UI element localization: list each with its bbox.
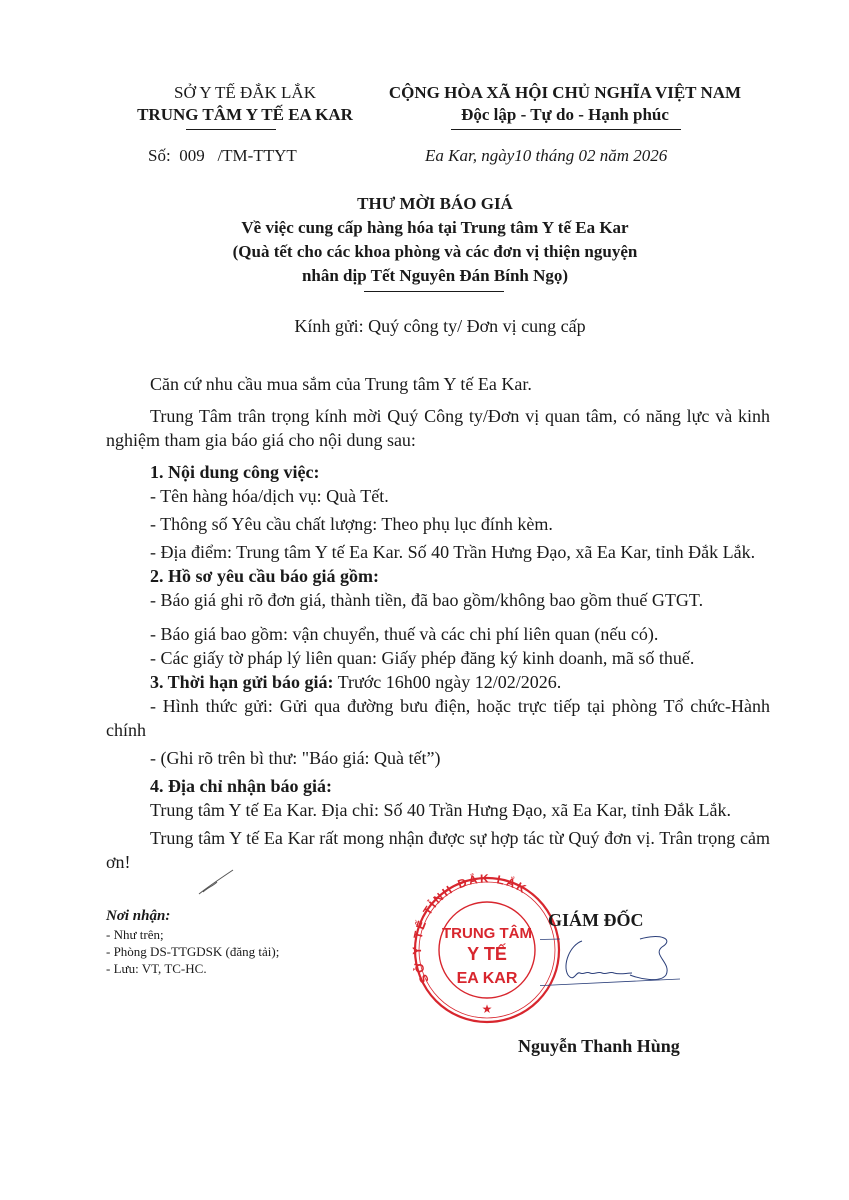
- parent-agency: SỞ Y TẾ ĐẮK LẮK: [95, 82, 395, 104]
- letter-body: Căn cứ nhu cầu mua sắm của Trung tâm Y t…: [106, 372, 770, 874]
- issuing-unit: TRUNG TÂM Y TẾ EA KAR: [95, 104, 395, 126]
- salutation: Kính gửi: Quý công ty/ Đơn vị cung cấp: [100, 316, 780, 337]
- doc-number-value: 009: [179, 146, 205, 165]
- list-item: - Thông số Yêu cầu chất lượng: Theo phụ …: [106, 512, 770, 536]
- document-subject-detail-1: (Quà tết cho các khoa phòng và các đơn v…: [100, 240, 770, 264]
- star-icon: ★: [482, 1002, 493, 1016]
- stamp-line-2: Y TẾ: [467, 943, 507, 964]
- list-item: - (Ghi rõ trên bì thư: "Báo giá: Quà tết…: [106, 746, 770, 770]
- document-number: Số: 009 /TM-TTYT: [148, 146, 297, 166]
- recipients-heading: Nơi nhận:: [106, 906, 279, 926]
- list-item: - Địa điểm: Trung tâm Y tế Ea Kar. Số 40…: [106, 540, 770, 564]
- deadline-value: Trước 16h00 ngày 12/02/2026.: [334, 672, 562, 692]
- header-right-underline: [451, 129, 681, 130]
- list-item: - Báo giá ghi rõ đơn giá, thành tiền, đã…: [106, 588, 770, 612]
- document-subject: Về việc cung cấp hàng hóa tại Trung tâm …: [100, 216, 770, 240]
- recipient-item: - Như trên;: [106, 926, 279, 943]
- title-underline: [364, 291, 504, 292]
- list-item: - Tên hàng hóa/dịch vụ: Quà Tết.: [106, 484, 770, 508]
- recipient-item: - Phòng DS-TTGDSK (đăng tải);: [106, 943, 279, 960]
- list-item: - Báo giá bao gồm: vận chuyển, thuế và c…: [106, 622, 770, 646]
- list-item: Trung tâm Y tế Ea Kar. Địa chỉ: Số 40 Tr…: [106, 798, 770, 822]
- closing-paragraph: Trung tâm Y tế Ea Kar rất mong nhận được…: [106, 826, 770, 874]
- section-heading: 3. Thời hạn gửi báo giá:: [150, 672, 334, 692]
- issuing-agency-block: SỞ Y TẾ ĐẮK LẮK TRUNG TÂM Y TẾ EA KAR: [95, 82, 395, 126]
- document-date: Ea Kar, ngày10 tháng 02 năm 2026: [425, 146, 667, 166]
- section-heading: 2. Hồ sơ yêu cầu báo giá gồm:: [106, 564, 770, 588]
- list-item: - Hình thức gửi: Gửi qua đường bưu điện,…: [106, 694, 770, 742]
- signer-name: Nguyễn Thanh Hùng: [518, 1036, 680, 1057]
- recipients-block: Nơi nhận: - Như trên; - Phòng DS-TTGDSK …: [106, 906, 279, 977]
- recipient-item: - Lưu: VT, TC-HC.: [106, 960, 279, 977]
- body-paragraph: Trung Tâm trân trọng kính mời Quý Công t…: [106, 404, 770, 452]
- national-header-block: CỘNG HÒA XÃ HỘI CHỦ NGHĨA VIỆT NAM Độc l…: [360, 82, 770, 126]
- doc-code: /TM-TTYT: [217, 146, 296, 165]
- national-title: CỘNG HÒA XÃ HỘI CHỦ NGHĨA VIỆT NAM: [360, 82, 770, 104]
- section-heading: 1. Nội dung công việc:: [106, 460, 770, 484]
- document-subject-detail-2: nhân dịp Tết Nguyên Đán Bính Ngọ): [100, 264, 770, 288]
- list-item: - Các giấy tờ pháp lý liên quan: Giấy ph…: [106, 646, 770, 670]
- signer-title: GIÁM ĐỐC: [548, 910, 644, 931]
- section-heading: 4. Địa chỉ nhận báo giá:: [106, 774, 770, 798]
- national-motto: Độc lập - Tự do - Hạnh phúc: [360, 104, 770, 126]
- header-left-underline: [186, 129, 276, 130]
- section-heading-line: 3. Thời hạn gửi báo giá: Trước 16h00 ngà…: [106, 670, 770, 694]
- document-title-block: THƯ MỜI BÁO GIÁ Về việc cung cấp hàng hó…: [100, 192, 770, 288]
- initial-mark-icon: [195, 868, 235, 898]
- document-title: THƯ MỜI BÁO GIÁ: [100, 192, 770, 216]
- handwritten-signature: [540, 935, 690, 995]
- stamp-line-3: EA KAR: [457, 970, 518, 987]
- stamp-line-1: TRUNG TÂM: [442, 924, 532, 942]
- body-paragraph: Căn cứ nhu cầu mua sắm của Trung tâm Y t…: [106, 372, 770, 396]
